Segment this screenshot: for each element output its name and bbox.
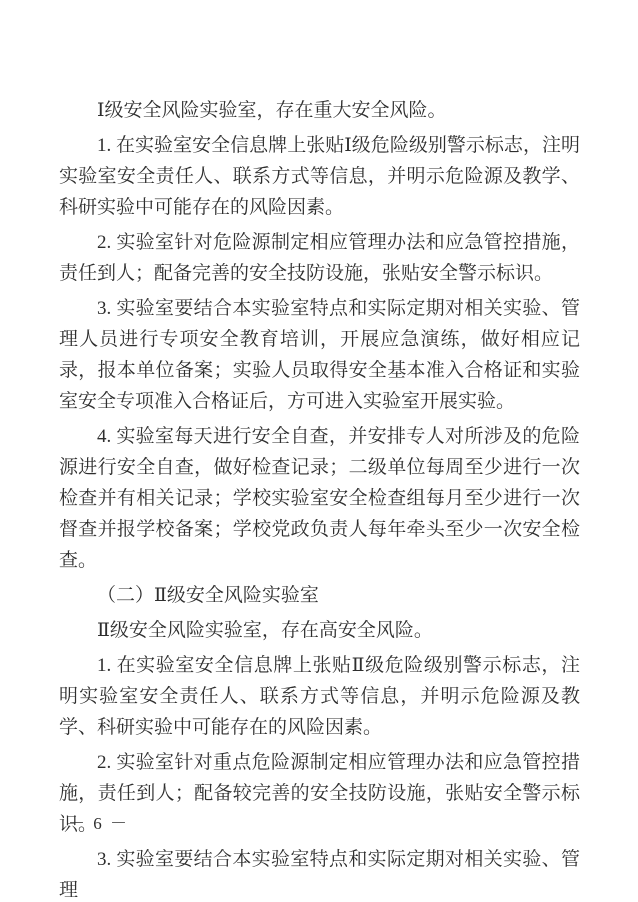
para-level2-item-2: 2. 实验室针对重点危险源制定相应管理办法和应急管控措施，责任到人；配备较完善的… [59,747,580,840]
para-level2-item-3-truncated: 3. 实验室要结合本实验室特点和实际定期对相关实验、管理 [59,844,580,902]
scanned-page-background: Ⅰ级安全风险实验室，存在重大安全风险。 1. 在实验室安全信息牌上张贴Ⅰ级危险级… [0,0,638,902]
para-level1-item-2: 2. 实验室针对危险源制定相应管理办法和应急管控措施，责任到人；配备完善的安全技… [59,227,580,289]
para-level1-intro: Ⅰ级安全风险实验室，存在重大安全风险。 [59,95,580,126]
para-level2-item-1: 1. 在实验室安全信息牌上张贴Ⅱ级危险级别警示标志，注明实验室安全责任人、联系方… [59,650,580,743]
section-heading-level2: （二）Ⅱ级安全风险实验室 [59,580,580,611]
para-level1-item-1: 1. 在实验室安全信息牌上张贴Ⅰ级危险级别警示标志，注明实验室安全责任人、联系方… [59,130,580,223]
para-level1-item-3: 3. 实验室要结合本实验室特点和实际定期对相关实验、管理人员进行专项安全教育培训… [59,293,580,417]
page-number: － 6 － [68,813,129,835]
document-body: Ⅰ级安全风险实验室，存在重大安全风险。 1. 在实验室安全信息牌上张贴Ⅰ级危险级… [59,95,580,902]
para-level1-item-4: 4. 实验室每天进行安全自查，并安排专人对所涉及的危险源进行安全自查，做好检查记… [59,421,580,576]
para-level2-intro: Ⅱ级安全风险实验室，存在高安全风险。 [59,615,580,646]
document-page: { "document": { "background_color": "#ff… [0,0,638,902]
